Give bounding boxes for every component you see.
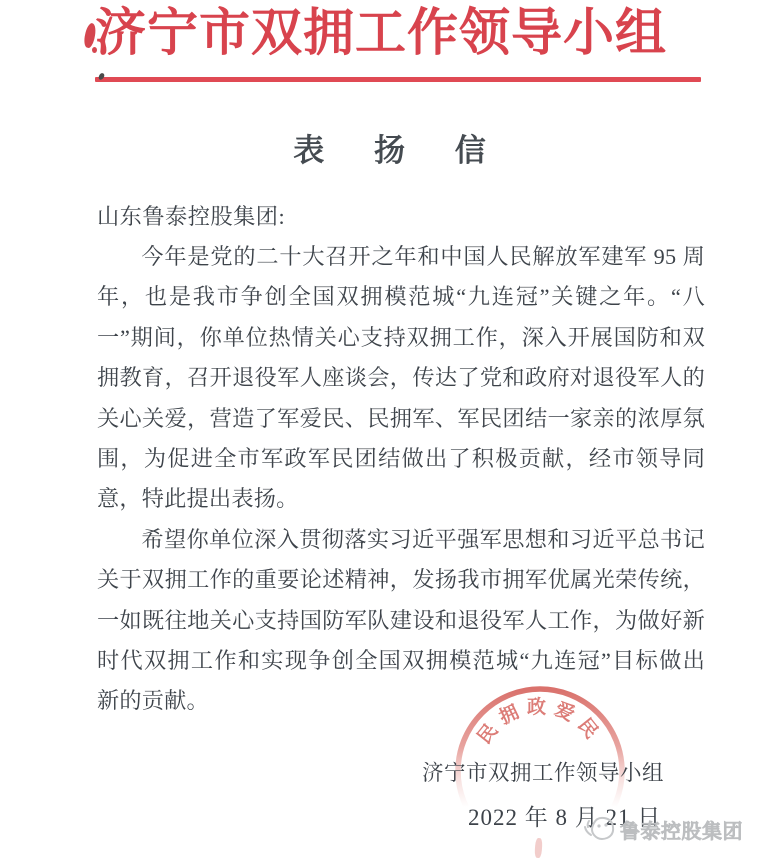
body-line: 关于双拥工作的重要论述精神，发扬我市拥军优属光荣传统， [97, 560, 705, 600]
body-line: 一如既往地关心支持国防军队建设和退役军人工作，为做好新 [97, 601, 705, 641]
letterhead-title: 济宁市双拥工作领导小组 [95, 5, 667, 63]
salutation: 山东鲁泰控股集团: [97, 196, 705, 237]
body-line: 关心关爱，营造了军爱民、民拥军、军民团结一家亲的浓厚氛 [97, 399, 705, 439]
body-line: 一”期间，你单位热情关心支持双拥工作，深入开展国防和双 [97, 318, 705, 358]
body-line: 围，为促进全市军政军民团结做出了积极贡献，经市领导同 [97, 439, 705, 479]
company-logo-icon [581, 810, 617, 848]
body-line: 今年是党的二十大召开之年和中国人民解放军建军 95 周 [97, 237, 705, 277]
scanned-letter-page: 济宁市双拥工作领导小组 表 扬 信 山东鲁泰控股集团: 今年是党的二十大召开之年… [0, 0, 767, 861]
body-line: 拥教育，召开退役军人座谈会，传达了党和政府对退役军人的 [97, 358, 705, 398]
letterhead-rule [95, 77, 701, 82]
body-line: 年，也是我市争创全国双拥模范城“九连冠”关键之年。“八 [97, 277, 705, 317]
letter-body: 山东鲁泰控股集团: 今年是党的二十大召开之年和中国人民解放军建军 95 周 年，… [97, 196, 705, 722]
body-line: 意，特此提出表扬。 [97, 479, 705, 519]
letter-title: 表 扬 信 [95, 125, 705, 170]
body-line: 时代双拥工作和实现争创全国双拥模范城“九连冠”目标做出 [97, 641, 705, 681]
body-line: 希望你单位深入贯彻落实习近平强军思想和习近平总书记 [97, 520, 705, 560]
corner-watermark: 鲁泰控股集团 [581, 810, 743, 848]
signature-org: 济宁市双拥工作领导小组 [422, 756, 664, 787]
watermark-label: 鲁泰控股集团 [620, 815, 743, 844]
